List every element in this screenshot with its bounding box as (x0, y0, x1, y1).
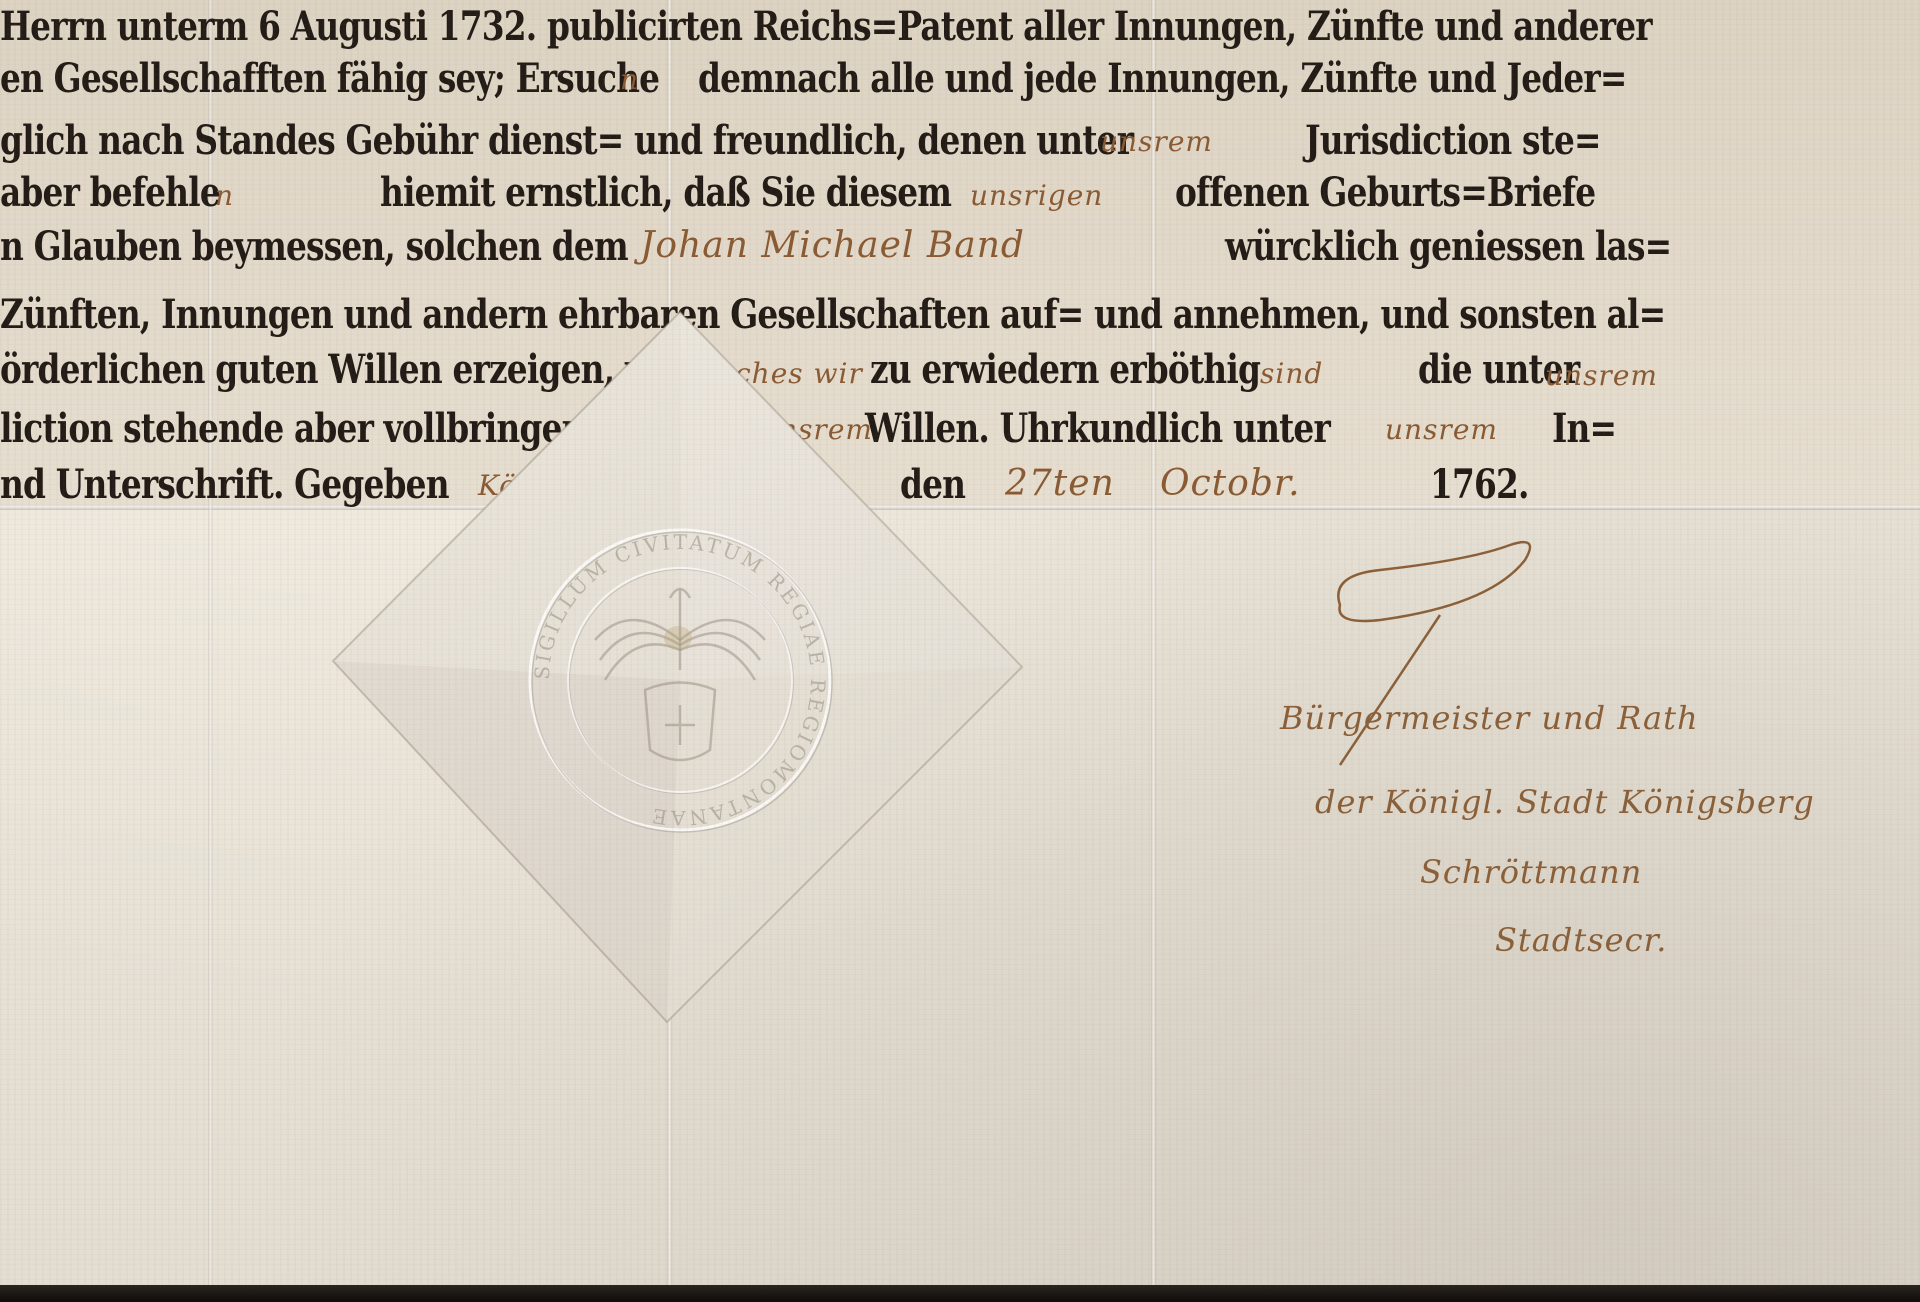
embossed-city-seal: SIGILLUM CIVITATUM REGIAE REGIOMONTANAE (520, 520, 840, 840)
handwritten-place: Königsberg (478, 466, 650, 506)
handwritten-name: Johan Michael Band (640, 226, 1025, 266)
handwritten-entry: unsrem (1100, 122, 1213, 162)
signature-line-2: der Königl. Stadt Königsberg (1315, 782, 1815, 822)
signature-line-3: Schröttmann (1420, 852, 1642, 892)
printed-year: 1762. (1430, 460, 1529, 510)
handwritten-entry: unsrem (760, 410, 873, 450)
printed-line-4c: offenen Geburts=Briefe (1175, 168, 1595, 218)
vertical-fold (1151, 0, 1156, 1285)
printed-line-2a: en Gesellschafften fähig sey; Ersuche (0, 54, 659, 104)
printed-line-2b: demnach alle und jede Innungen, Zünfte u… (698, 54, 1627, 104)
printed-line-5a: n Glauben beymessen, solchen dem (0, 222, 628, 272)
table-surface-edge (0, 1285, 1920, 1302)
printed-line-9a: nd Unterschrift. Gegeben (0, 460, 449, 510)
signature-line-4: Stadtsecr. (1495, 920, 1667, 960)
handwritten-suffix: n (215, 176, 234, 216)
printed-line-7b: zu erwiedern erböthig (870, 345, 1260, 395)
handwritten-entry: ches wir (735, 354, 863, 394)
printed-line-6: Zünften, Innungen und andern ehrbaren Ge… (0, 290, 1665, 340)
printed-line-3a: glich nach Standes Gebühr dienst= und fr… (0, 116, 1133, 166)
printed-line-3b: Jurisdiction ste= (1305, 116, 1601, 166)
handwritten-date-month: Octobr. (1160, 464, 1301, 504)
printed-line-4b: hiemit ernstlich, daß Sie diesem (380, 168, 951, 218)
signature-line-1: Bürgermeister und Rath (1280, 698, 1699, 738)
handwritten-entry: unsrem (1545, 356, 1658, 396)
handwritten-entry: unsrigen (970, 176, 1103, 216)
printed-line-5b: würcklich geniessen las= (1225, 222, 1671, 272)
printed-line-7a: örderlichen guten Willen erzeigen, wel (0, 345, 684, 395)
handwritten-entry: unsrem (1385, 410, 1498, 450)
printed-line-8a: liction stehende aber vollbringen de (0, 404, 637, 454)
printed-line-1: Herrn unterm 6 Augusti 1732. publicirten… (0, 2, 1652, 52)
printed-line-8c: In= (1552, 404, 1616, 454)
handwritten-suffix: n (620, 60, 639, 100)
handwritten-entry: sind (1260, 354, 1323, 394)
printed-line-9b: den (900, 460, 965, 510)
document-sheet: Herrn unterm 6 Augusti 1732. publicirten… (0, 0, 1920, 1285)
handwritten-date-day: 27ten (1005, 464, 1115, 504)
printed-line-4a: aber befehle (0, 168, 220, 218)
printed-line-8b: Willen. Uhrkundlich unter (865, 404, 1330, 454)
